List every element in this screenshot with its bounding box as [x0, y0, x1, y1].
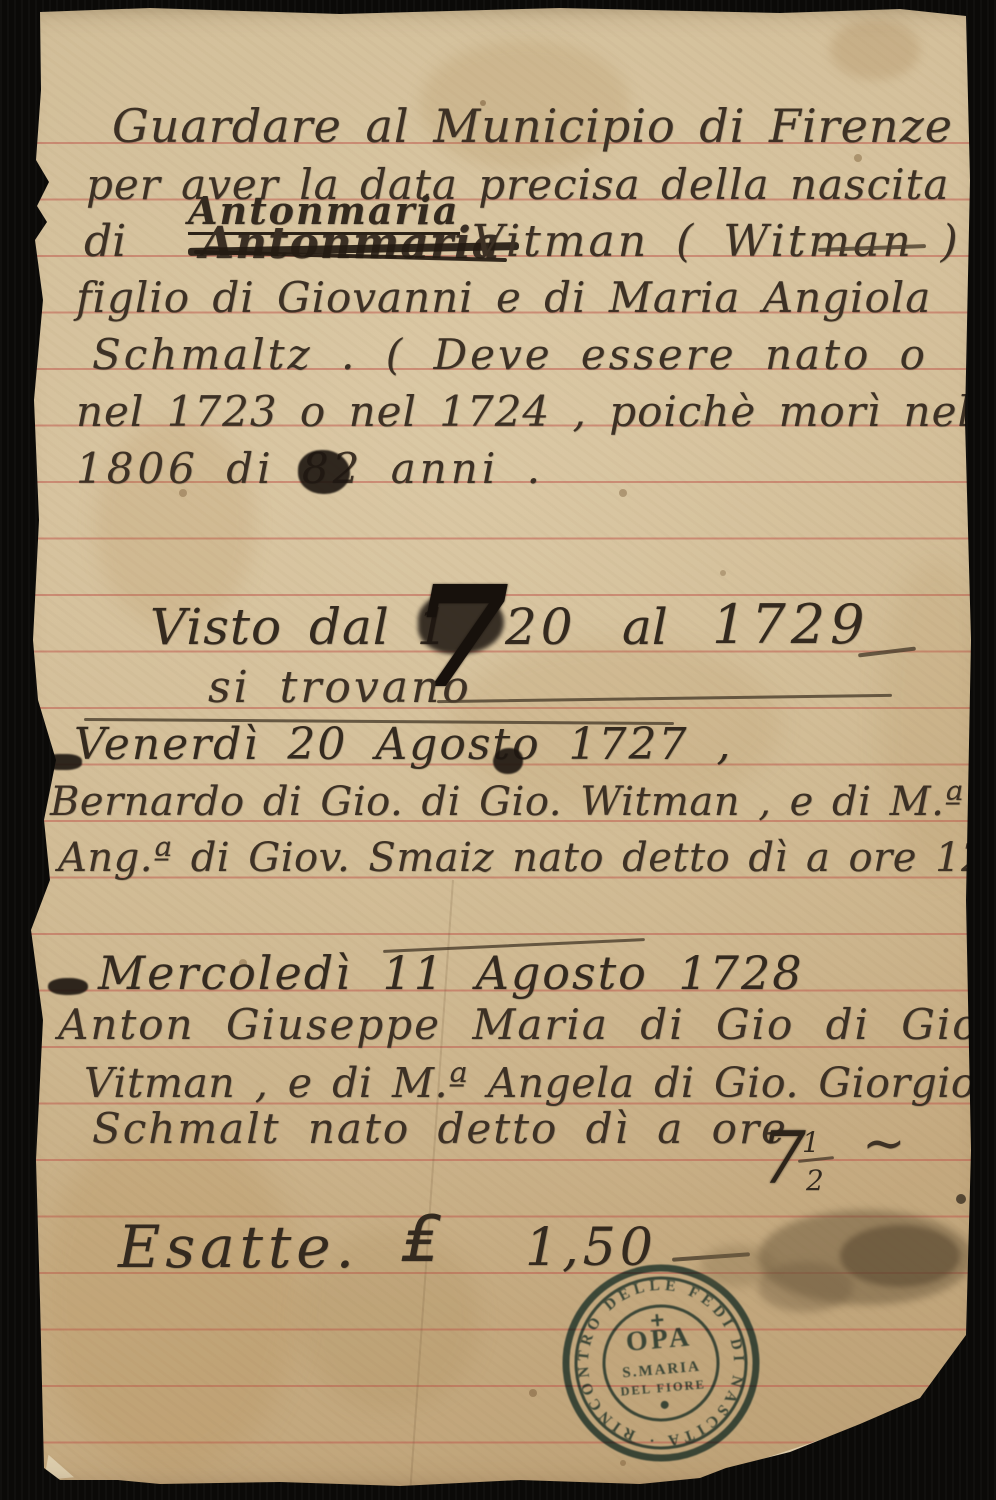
- record2-flourish: ~: [862, 1118, 906, 1170]
- record2-line-1: Anton Giuseppe Maria di Gio di Gio: [58, 1004, 980, 1046]
- stain: [40, 1120, 300, 1470]
- stain: [880, 560, 990, 880]
- ink-blot: [493, 748, 523, 774]
- heading-part1: Visto dal 1: [150, 602, 449, 652]
- hour-fraction-denominator: 2: [806, 1164, 824, 1197]
- margin-dash: [48, 978, 88, 995]
- record1-line-1: Bernardo di Gio. di Gio. Witman , e di M…: [50, 782, 964, 822]
- manuscript-paper: Guardare al Municipio di Firenze per ave…: [0, 0, 996, 1500]
- opa-stamp: RINCONTRO DELLE FEDI DI NASCITA · OPA S.…: [556, 1258, 766, 1468]
- heading-part2: 20: [505, 602, 577, 652]
- record2-line-2: Vitman , e di M.ª Angela di Gio. Giorgio: [84, 1063, 976, 1104]
- note-line-6: nel 1723 o nel 1724 , poichè morì nel: [76, 391, 972, 433]
- stamp-ornament-dot: [660, 1401, 669, 1410]
- stamp-center-line1: OPA: [625, 1321, 693, 1358]
- note-line-3: Antonmaria: [200, 222, 501, 266]
- fee-label: Esatte.: [118, 1218, 359, 1276]
- record1-line-2: Ang.ª di Giov. Smaiz nato detto dì a ore…: [58, 838, 987, 878]
- fee-currency: ₤: [400, 1208, 441, 1272]
- heading-subline: si trovano: [208, 666, 472, 710]
- heading-part3: al: [622, 602, 668, 652]
- record2-date: Mercoledì 11 Agosto 1728: [98, 950, 803, 996]
- smudge-stain-tail: [700, 1245, 775, 1287]
- struck-word: Antonmaria: [200, 222, 501, 266]
- record2-line-3: Schmalt nato detto dì a ore: [92, 1108, 788, 1150]
- heading-part4: 1729: [712, 598, 869, 652]
- note-line-5: Schmaltz . ( Deve essere nato o: [92, 334, 928, 376]
- hour-numeral: 7: [760, 1122, 806, 1194]
- smudge-stain-core: [840, 1225, 960, 1287]
- record1-date: Venerdì 20 Agosto 1727 ,: [74, 723, 733, 767]
- scanned-document: Guardare al Municipio di Firenze per ave…: [0, 0, 996, 1500]
- note-line-3-rest: Vitman ( Witman ): [472, 220, 961, 264]
- hour-fraction-numerator: 1: [802, 1126, 820, 1159]
- note-line-3-prefix: di: [84, 220, 126, 264]
- note-line-1: Guardare al Municipio di Firenze: [112, 103, 953, 149]
- note-line-4: figlio di Giovanni e di Maria Angiola: [76, 277, 931, 319]
- stain: [830, 20, 920, 80]
- ink-blot: [298, 450, 350, 494]
